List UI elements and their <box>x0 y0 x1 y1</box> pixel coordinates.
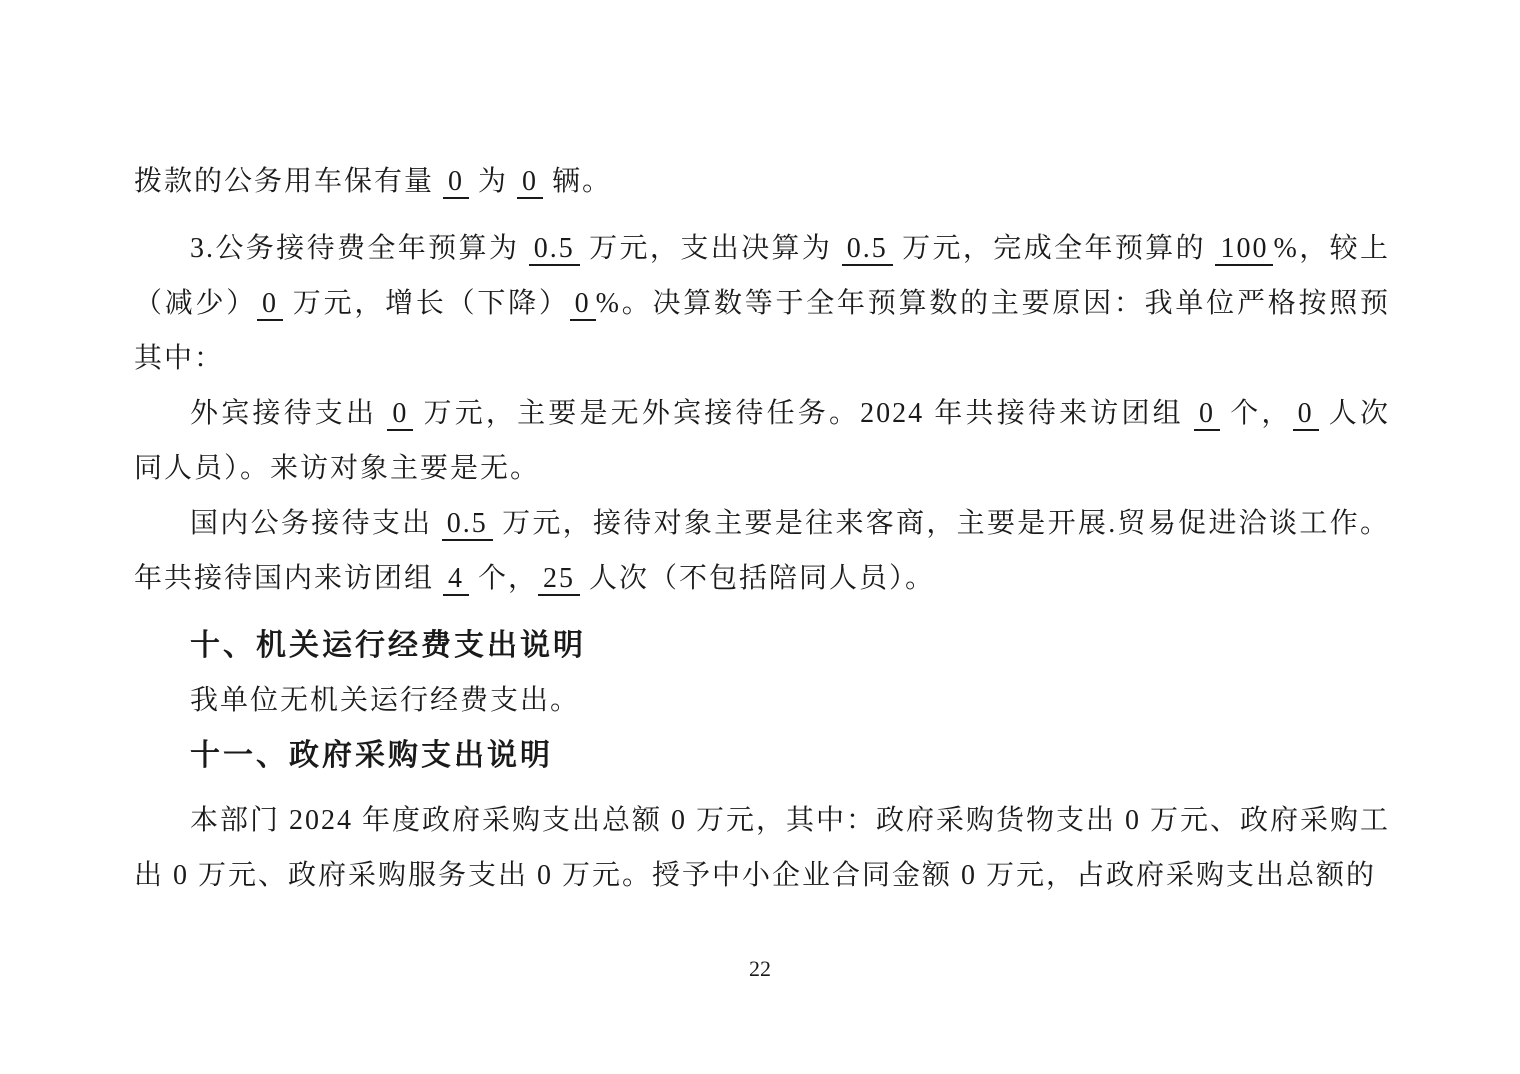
document-content: 拨款的公务用车保有量 0 为 0 辆。3.公务接待费全年预算为 0.5 万元，支… <box>134 154 1390 903</box>
section-10-body-paragraph: 我单位无机关运行经费支出。 <box>134 673 1390 728</box>
underlined-value: 25 <box>538 563 580 596</box>
text-run: 十、机关运行经费支出说明 <box>190 629 586 662</box>
text-line: 外宾接待支出 0 万元，主要是无外宾接待任务。2024 年共接待来访团组 0 个… <box>134 386 1390 441</box>
underlined-value: 0 <box>1293 398 1319 431</box>
text-run: 人次（不包括陪同人员）。 <box>580 563 935 594</box>
text-run: 拨款的公务用车保有量 <box>134 166 443 197</box>
text-line: 国内公务接待支出 0.5 万元，接待对象主要是往来客商，主要是开展.贸易促进洽谈… <box>134 496 1390 551</box>
text-line: 其中： <box>134 331 1390 386</box>
underlined-value: 4 <box>443 563 469 596</box>
text-line: （减少）0 万元，增长（下降）0%。决算数等于全年预算数的主要原因：我单位严格按… <box>134 276 1390 331</box>
text-run: 个， <box>1220 398 1293 429</box>
page-footer: 22 <box>0 956 1520 982</box>
text-run: 万元，完成全年预算的 <box>893 233 1216 264</box>
page-number: 22 <box>749 956 771 981</box>
underlined-value: 0 <box>517 166 543 199</box>
document-page: 拨款的公务用车保有量 0 为 0 辆。3.公务接待费全年预算为 0.5 万元，支… <box>0 0 1520 1074</box>
text-run: 辆。 <box>543 166 612 197</box>
text-run: 为 <box>469 166 517 197</box>
text-line: 我单位无机关运行经费支出。 <box>134 673 1390 728</box>
text-line: 同人员）。来访对象主要是无。 <box>134 441 1390 496</box>
text-line: 年共接待国内来访团组 4 个，25 人次（不包括陪同人员）。 <box>134 551 1390 606</box>
foreign-guest-reception-paragraph: 外宾接待支出 0 万元，主要是无外宾接待任务。2024 年共接待来访团组 0 个… <box>134 386 1390 496</box>
text-line: 本部门 2024 年度政府采购支出总额 0 万元，其中：政府采购货物支出 0 万… <box>134 793 1390 848</box>
underlined-value: 100 <box>1215 233 1273 266</box>
text-line: 出 0 万元、政府采购服务支出 0 万元。授予中小企业合同金额 0 万元，占政府… <box>134 848 1390 903</box>
section-11-heading: 十一、政府采购支出说明 <box>134 728 1390 783</box>
underlined-value: 0.5 <box>442 508 493 541</box>
official-reception-expense-paragraph: 3.公务接待费全年预算为 0.5 万元，支出决算为 0.5 万元，完成全年预算的… <box>134 221 1390 386</box>
text-run: （减少） <box>134 288 257 319</box>
domestic-reception-paragraph: 国内公务接待支出 0.5 万元，接待对象主要是往来客商，主要是开展.贸易促进洽谈… <box>134 496 1390 606</box>
underlined-value: 0.5 <box>529 233 580 266</box>
section-10-heading: 十、机关运行经费支出说明 <box>134 618 1390 673</box>
text-run: 万元，支出决算为 <box>580 233 842 264</box>
underlined-value: 0 <box>570 288 596 321</box>
text-run: 年共接待国内来访团组 <box>134 563 443 594</box>
government-procurement-paragraph: 本部门 2024 年度政府采购支出总额 0 万元，其中：政府采购货物支出 0 万… <box>134 793 1390 903</box>
text-run: 本部门 2024 年度政府采购支出总额 0 万元，其中：政府采购货物支出 0 万… <box>134 805 1390 848</box>
text-line: 3.公务接待费全年预算为 0.5 万元，支出决算为 0.5 万元，完成全年预算的… <box>134 221 1390 276</box>
underlined-value: 0 <box>387 398 413 431</box>
text-line: 拨款的公务用车保有量 0 为 0 辆。 <box>134 154 1390 209</box>
text-run: 外宾接待支出 <box>190 398 387 429</box>
underlined-value: 0 <box>1194 398 1220 431</box>
text-line: 十一、政府采购支出说明 <box>134 728 1390 783</box>
text-run: 其中： <box>134 343 224 374</box>
text-run: 十一、政府采购支出说明 <box>190 739 553 772</box>
text-run: 国内公务接待支出 <box>190 508 442 539</box>
underlined-value: 0 <box>443 166 469 199</box>
text-run: 万元，主要是无外宾接待任务。2024 年共接待来访团组 <box>413 398 1194 429</box>
text-line: 十、机关运行经费支出说明 <box>134 618 1390 673</box>
text-run: 个， <box>469 563 538 594</box>
carryover-vehicle-paragraph: 拨款的公务用车保有量 0 为 0 辆。 <box>134 154 1390 209</box>
text-run: 我单位无机关运行经费支出。 <box>190 685 580 716</box>
text-run: 万元，增长（下降） <box>283 288 570 319</box>
text-run: 同人员）。来访对象主要是无。 <box>134 453 540 484</box>
text-run: 3.公务接待费全年预算为 <box>190 233 529 264</box>
text-run: 出 0 万元、政府采购服务支出 0 万元。授予中小企业合同金额 0 万元，占政府… <box>134 860 1376 903</box>
underlined-value: 0 <box>257 288 283 321</box>
underlined-value: 0.5 <box>842 233 893 266</box>
